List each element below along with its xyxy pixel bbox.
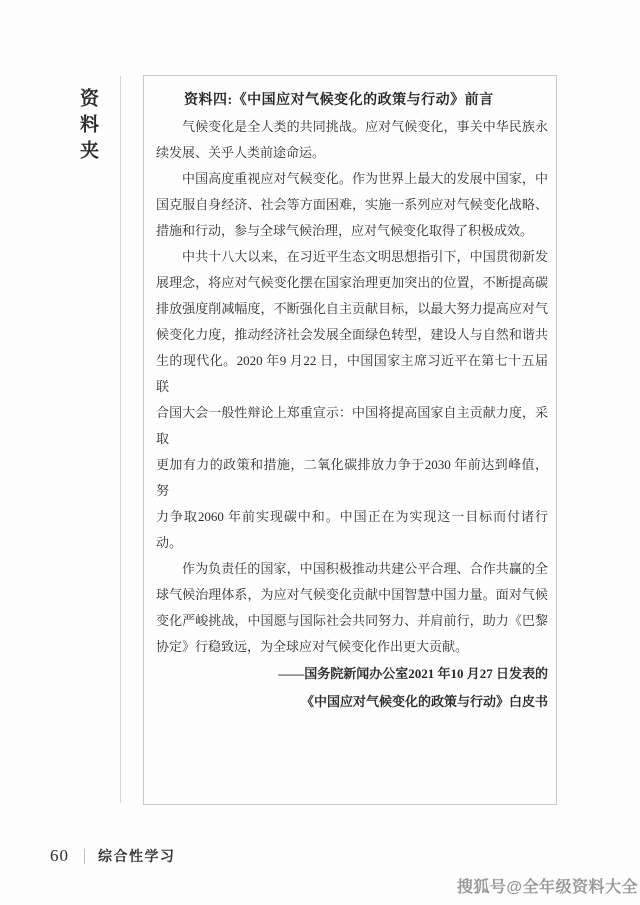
document-title: 资料四:《中国应对气候变化的政策与行动》前言 [156, 88, 548, 114]
watermark: 搜狐号@全年级资料大全 [457, 874, 638, 897]
text-line: 国克服自身经济、社会等方面困难，实施一系列应对气候变化战略、 [156, 192, 548, 218]
box-left-outer-line [120, 76, 121, 803]
material-box: 资料四:《中国应对气候变化的政策与行动》前言 气候变化是全人类的共同挑战。应对气… [143, 75, 557, 805]
page-number: 60 [50, 846, 69, 866]
folder-tab-label: 资料夹 [74, 88, 101, 166]
text-line: 中国高度重视应对气候变化。作为世界上最大的发展中国家，中 [156, 166, 548, 192]
text-line: 气候变化是全人类的共同挑战。应对气候变化，事关中华民族永 [156, 114, 548, 140]
text-line: 力争取2060 年前实现碳中和。中国正在为实现这一目标而付诸行动。 [156, 504, 548, 556]
text-line: 协定》行稳致远，为全球应对气候变化作出更大贡献。 [156, 634, 548, 660]
document-body: 气候变化是全人类的共同挑战。应对气候变化，事关中华民族永续发展、关乎人类前途命运… [156, 114, 548, 660]
attribution-block: ——国务院新闻办公室2021 年10 月27 日发表的《中国应对气候变化的政策与… [156, 660, 548, 715]
attribution-line: 《中国应对气候变化的政策与行动》白皮书 [156, 688, 548, 716]
text-line: 球气候治理体系，为应对气候变化贡献中国智慧中国力量。面对气候 [156, 582, 548, 608]
text-line: 展理念，将应对气候变化摆在国家治理更加突出的位置，不断提高碳 [156, 270, 548, 296]
text-line: 作为负责任的国家，中国积极推动共建公平合理、合作共赢的全 [156, 556, 548, 582]
attribution-line: ——国务院新闻办公室2021 年10 月27 日发表的 [156, 660, 548, 688]
text-line: 中共十八大以来，在习近平生态文明思想指引下，中国贯彻新发 [156, 244, 548, 270]
section-title: 综合性学习 [98, 846, 176, 866]
text-line: 续发展、关乎人类前途命运。 [156, 140, 548, 166]
text-line: 合国大会一般性辩论上郑重宣示：中国将提高国家自主贡献力度，采取 [156, 400, 548, 452]
text-line: 排放强度削减幅度，不断强化自主贡献目标，以最大努力提高应对气 [156, 296, 548, 322]
text-line: 候变化力度，推动经济社会发展全面绿色转型，建设人与自然和谐共 [156, 322, 548, 348]
text-line: 变化严峻挑战，中国愿与国际社会共同努力、并肩前行，助力《巴黎 [156, 608, 548, 634]
footer-divider [84, 849, 85, 864]
page-footer: 60 综合性学习 [50, 845, 176, 867]
text-line: 措施和行动，参与全球气候治理，应对气候变化取得了积极成效。 [156, 218, 548, 244]
text-line: 生的现代化。2020 年9 月22 日，中国国家主席习近平在第七十五届联 [156, 348, 548, 400]
text-line: 更加有力的政策和措施，二氧化碳排放力争于2030 年前达到峰值，努 [156, 452, 548, 504]
textbook-page: 资料夹 资料四:《中国应对气候变化的政策与行动》前言 气候变化是全人类的共同挑战… [0, 0, 640, 905]
